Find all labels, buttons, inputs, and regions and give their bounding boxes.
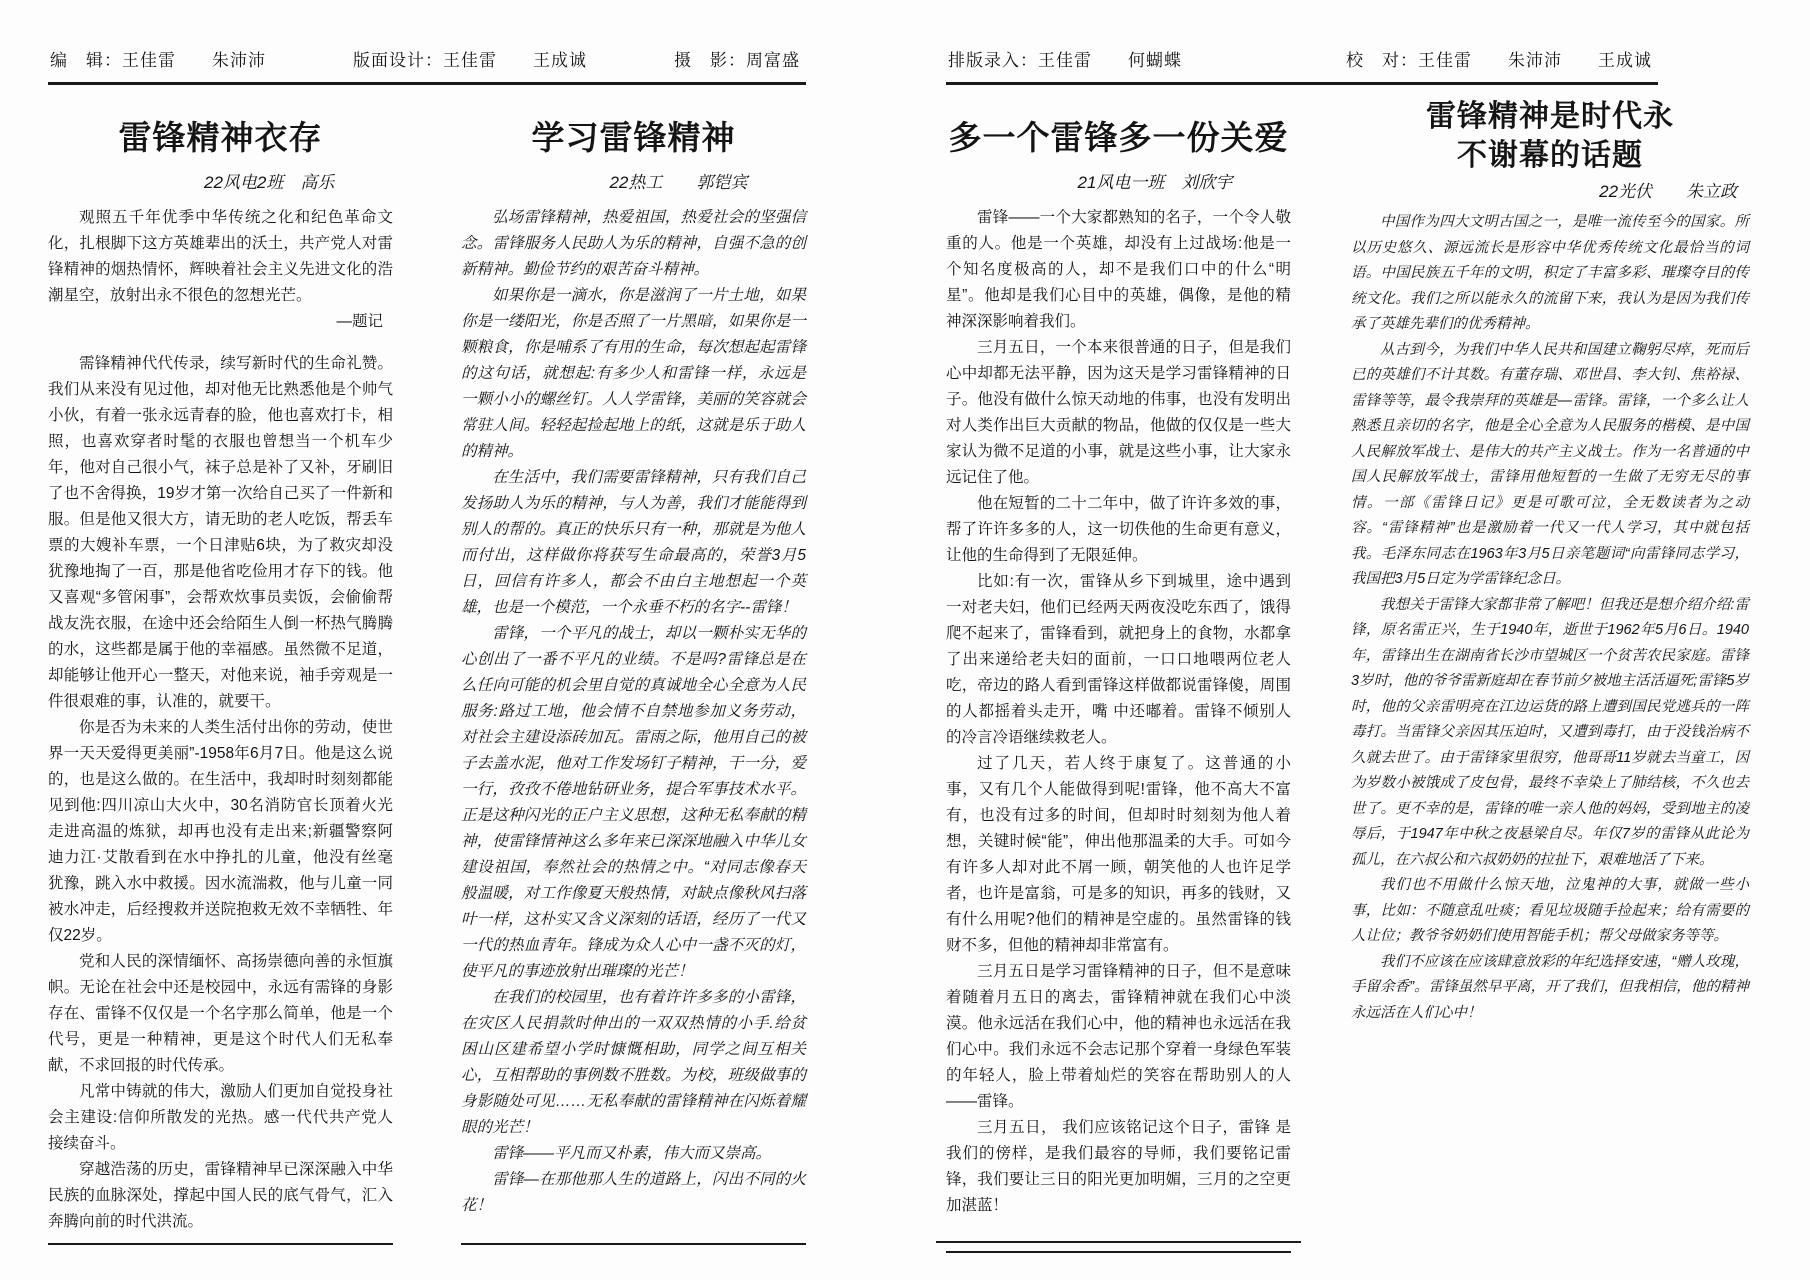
article-byline: 22热工 郭铠宾 [461,168,806,193]
article-duo-yige-leifeng: 多一个雷锋多一份关爱 21风电一班 刘欣宇 雷锋——一个大家都熟知的名子，一个令… [946,95,1291,1253]
paragraph: 我们也不用做什么惊天地，泣鬼神的大事，就做一些小事，比如：不随意乱吐痰；看见垃圾… [1351,873,1749,950]
paragraph: 党和人民的深情缅怀、高扬崇德向善的永恒旗帜。无论在社会中还是校园中，永远有需锋的… [48,949,393,1079]
paragraph: 我们不应该在应该肆意放彩的年纪选择安速，“赠人玫瑰，手留余香”。雷锋虽然早平离，… [1351,950,1749,1027]
credit-proofreading: 校 对：王佳雷 朱沛沛 王成诚 [1346,46,1652,71]
page-credits-left: 编 辑：王佳雷 朱沛沛 版面设计：王佳雷 王成诚 摄 影：周富盛 [48,46,806,85]
paragraph: 需锋精神代代传录，续写新时代的生命礼赞。我们从来没有见过他，却对他无比熟悉他是个… [48,351,393,715]
credit-layout-design: 版面设计：王佳雷 王成诚 [353,46,587,71]
article-leifeng-jingshen-cun: 雷锋精神衣存 22风电2班 高乐 观照五千年优季中华传统之化和纪色革命文化，扎根… [48,95,393,1245]
article-title: 雷锋精神衣存 [48,117,393,160]
paragraph: 弘场雷锋精神，热爱祖国，热爱社会的坚强信念。雷锋服务人民助人为乐的精神，自强不急… [461,205,806,283]
credit-photography: 摄 影：周富盛 [674,46,800,71]
page-credits-right: 排版录入：王佳雷 何蝴蝶 校 对：王佳雷 朱沛沛 王成诚 [946,46,1658,85]
paragraph: 穿越浩荡的历史，雷锋精神早已深深融入中华民族的血脉深处，撑起中国人民的底气骨气，… [48,1157,393,1235]
paragraph: 中国作为四大文明古国之一，是唯一流传至今的国家。所以历史悠久、源远流长是形容中华… [1351,210,1749,338]
paragraph: 从古到今，为我们中华人民共和国建立鞠躬尽瘁，死而后已的英雄们不计其数。有董存瑞、… [1351,338,1749,593]
paragraph: 三月五日， 我们应该铭记这个日子，雷锋 是我们的傍样，是我们最容的导师，我们要铭… [946,1115,1291,1219]
paragraph: 我想关于雷锋大家都非常了解吧！但我还是想介绍介绍:雷锋，原名雷正兴，生于1940… [1351,593,1749,874]
newspaper-page-left: 编 辑：王佳雷 朱沛沛 版面设计：王佳雷 王成诚 摄 影：周富盛 雷锋精神衣存 … [48,46,806,1245]
article-title: 多一个雷锋多一份关爱 [946,117,1291,160]
article-byline: 21风电一班 刘欣宇 [946,168,1291,193]
article-title: 雷锋精神是时代永不谢幕的话题 [1424,97,1676,175]
paragraph: 雷锋——一个大家都熟知的名子，一个令人敬重的人。他是一个英雄，却没有上过战场:他… [946,205,1291,335]
paragraph: 雷锋——平凡而又朴素，伟大而又崇高。 [461,1141,806,1167]
columns-left: 雷锋精神衣存 22风电2班 高乐 观照五千年优季中华传统之化和纪色革命文化，扎根… [48,95,806,1245]
paragraph: 雷锋，一个平凡的战士，却以一颗朴实无华的心创出了一番不平凡的业绩。不是吗?雷锋总… [461,621,806,985]
newspaper-page-right: 排版录入：王佳雷 何蝴蝶 校 对：王佳雷 朱沛沛 王成诚 多一个雷锋多一份关爱 … [946,46,1764,1253]
paragraph: 他在短暂的二十二年中，做了许许多效的事，帮了许许多多的人，这一切佚他的生命更有意… [946,491,1291,569]
article-xuexi-leifeng-jingshen: 学习雷锋精神 22热工 郭铠宾 弘场雷锋精神，热爱祖国，热爱社会的坚强信念。雷锋… [461,95,806,1245]
paragraph: 比如:有一次，雷锋从乡下到城里，途中遇到一对老夫妇，他们已经两天两夜没吃东西了，… [946,569,1291,751]
paragraph: 在我们的校园里，也有着许许多多的小雷锋，在灾区人民捐款时伸出的一双双热情的小手.… [461,985,806,1141]
article-byline: 22光伏 朱立政 [1351,177,1749,202]
epigraph-label: —题记 [48,309,393,335]
credit-editor: 编 辑：王佳雷 朱沛沛 [50,46,266,71]
paragraph: 过了几天，若人终于康复了。这普通的小 事，又有几个人能做得到呢!雷锋，他不高大不… [946,751,1291,959]
paragraph: 三月五日，一个本来很普通的日子，但是我们心中却都无法平静，因为这天是学习雷锋精神… [946,335,1291,491]
paragraph: 如果你是一滴水，你是滋润了一片土地，如果你是一缕阳光，你是否照了一片黑暗，如果你… [461,283,806,465]
article-leifeng-shidai-huati: 雷锋精神是时代永不谢幕的话题 22光伏 朱立政 中国作为四大文明古国之一，是唯一… [1351,95,1749,1253]
paragraph: 在生活中，我们需要雷锋精神，只有我们自己发扬助人为乐的精神，与人为善，我们才能能… [461,465,806,621]
paragraph: 雷锋—在那他那人生的道路上，闪出不同的火花！ [461,1167,806,1219]
paragraph: 观照五千年优季中华传统之化和纪色革命文化，扎根脚下这方英雄辈出的沃土，共产党人对… [48,205,393,309]
article-byline: 22风电2班 高乐 [48,168,393,193]
paragraph: 三月五日是学习雷锋精神的日子，但不是意味着随着月五日的离去，雷锋精神就在我们心中… [946,959,1291,1115]
article-title: 学习雷锋精神 [461,117,806,160]
paragraph: 你是否为未来的人类生活付出你的劳动，使世界一天天爱得更美丽”-1958年6月7日… [48,715,393,949]
credit-typesetting: 排版录入：王佳雷 何蝴蝶 [948,46,1182,71]
paragraph: 凡常中铸就的伟大，激励人们更加自觉投身社会主建设:信仰所散发的光热。感一代代共产… [48,1079,393,1157]
columns-right: 多一个雷锋多一份关爱 21风电一班 刘欣宇 雷锋——一个大家都熟知的名子，一个令… [946,95,1764,1253]
double-rule [936,1219,1301,1243]
